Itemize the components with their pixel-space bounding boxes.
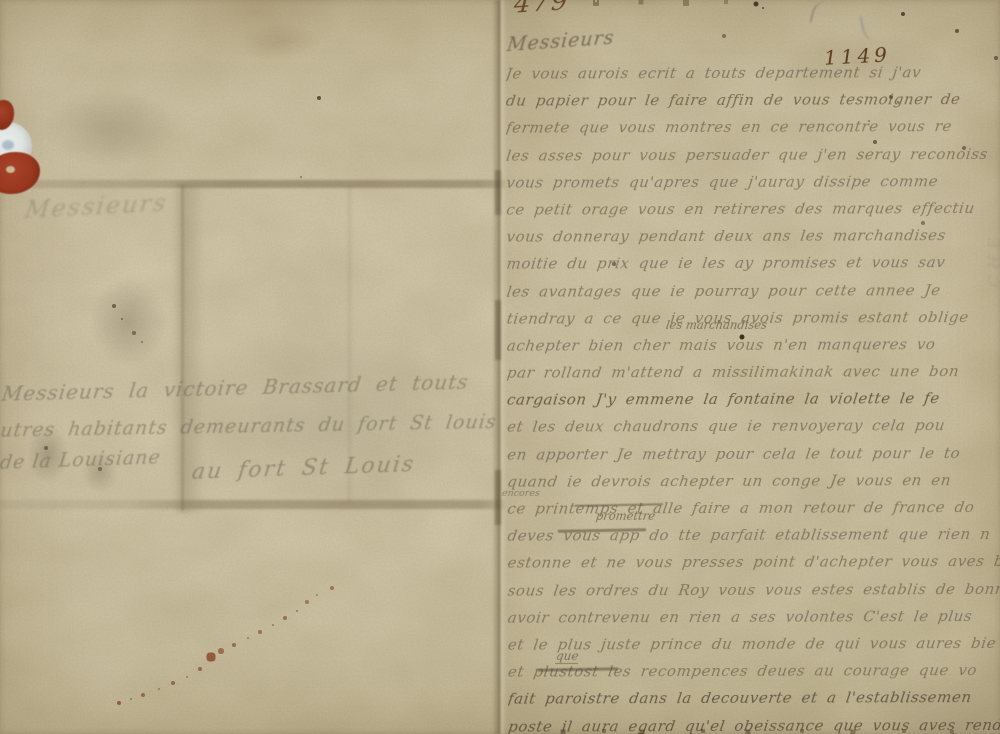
address-line: au fort St Louis	[190, 452, 416, 485]
manuscript-line: vous promets qu'apres que j'auray dissip…	[506, 168, 1000, 197]
letter-body: Je vous aurois ecrit a touts departement…	[506, 59, 1000, 734]
manuscript-line: les asses pour vous persuader que j'en s…	[506, 141, 1000, 170]
manuscript-page: 479 1149 Messieurs Je vous aurois ecrit …	[0, 0, 1000, 734]
manuscript-line: ce printemps et alle faire a mon retour …	[506, 494, 1000, 523]
manuscript-line: quand ie devrois achepter un conge Je vo…	[506, 467, 1000, 496]
manuscript-line: par rolland m'attend a missilimakinak av…	[506, 358, 1000, 387]
ink-squiggle	[810, 0, 831, 25]
manuscript-line: sous les ordres du Roy vous vous estes e…	[506, 576, 1000, 605]
manuscript-line: et plustost les recompences deues au cou…	[506, 657, 1000, 686]
interlinear-insertion: que	[555, 649, 580, 664]
fold-crease-horizontal-top	[0, 180, 505, 188]
manuscript-line: et les deux chaudrons que ie renvoyeray …	[506, 413, 1000, 442]
address-line: autres habitants demeurants du fort St l…	[0, 411, 498, 442]
address-line: Messieurs la victoire Brassard et touts	[0, 370, 470, 406]
manuscript-line: ce petit orage vous en retireres des mar…	[506, 195, 1000, 224]
manuscript-line: deves vous app do tte parfait etablissem…	[506, 521, 1000, 550]
cut-off-strokes-top	[595, 0, 597, 2]
seal-blue-fleck	[2, 140, 14, 150]
manuscript-line: vous donneray pendant deux ans les march…	[506, 222, 1000, 251]
interlinear-insertion: promettre	[595, 509, 656, 523]
manuscript-line: en apporter Je mettray pour cela le tout…	[506, 440, 1000, 469]
paper-edge-stamp: CHE	[985, 231, 1000, 288]
manuscript-line: du papier pour le faire affin de vous te…	[506, 86, 1000, 115]
manuscript-line: fait paroistre dans la decouverte et a l…	[506, 684, 1000, 713]
fold-crease-dark-segment	[495, 300, 501, 360]
manuscript-line: et le plus juste prince du monde de qui …	[506, 630, 1000, 659]
manuscript-line: fermete que vous montres en ce rencontre…	[506, 114, 1000, 143]
ink-squiggle	[859, 12, 882, 41]
red-wax-fragment	[0, 97, 18, 132]
manuscript-line: moitie du prix que ie les ay promises et…	[506, 249, 1000, 278]
interlinear-insertion: encores	[501, 488, 540, 499]
seal-paper-patch	[0, 122, 32, 168]
manuscript-line: Je vous aurois ecrit a touts departement…	[506, 59, 1000, 88]
manuscript-line: achepter bien cher mais vous n'en manque…	[506, 331, 1000, 360]
manuscript-line: avoir contrevenu en rien a ses volontes …	[506, 603, 1000, 632]
manuscript-line: les avantages que ie pourray pour cette …	[506, 277, 1000, 306]
fold-crease-dark-segment	[495, 170, 501, 215]
manuscript-line: poste il aura egard qu'el obeissance que…	[506, 712, 1000, 734]
fold-smudge-line	[181, 185, 184, 511]
address-line: de la Louisiane	[0, 446, 162, 474]
interlinear-insertion: les marchandises	[665, 318, 768, 332]
cut-off-line-bottom	[0, 0, 2, 2]
ghost-bleedthrough-text: Messieurs	[23, 188, 169, 224]
fold-crease-horizontal-bottom	[0, 500, 505, 509]
manuscript-line: estonne et ne vous presses point d'achep…	[506, 549, 1000, 578]
letter-salutation: Messieurs	[506, 26, 616, 56]
wax-chip	[6, 166, 15, 173]
manuscript-line: cargaison J'y emmene la fontaine la viol…	[506, 385, 1000, 414]
folio-number: 479	[513, 0, 571, 20]
fold-crease-dark-segment	[495, 470, 501, 525]
fold-crease-vertical	[492, 0, 506, 734]
